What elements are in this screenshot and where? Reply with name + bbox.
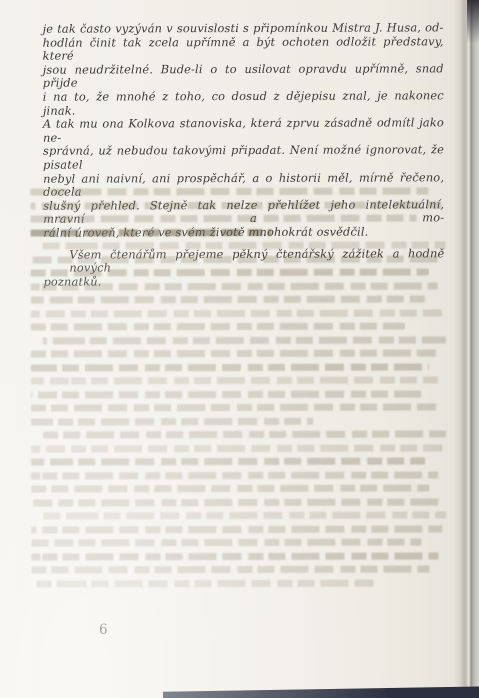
ghost-line xyxy=(31,444,442,452)
ghost-line xyxy=(31,552,438,560)
ghost-line xyxy=(31,282,438,290)
ghost-line xyxy=(31,349,442,357)
ghost-line xyxy=(31,498,442,506)
text-line: správná, už nebudou takovými připadat. N… xyxy=(43,144,444,173)
ghost-line xyxy=(31,417,313,425)
ghost-line xyxy=(31,539,421,547)
ghost-line xyxy=(31,363,429,371)
text-line: jsou neudržitelné. Bude-li o to usilovat… xyxy=(43,62,444,91)
ghost-line xyxy=(31,323,405,331)
ghost-line xyxy=(31,228,272,236)
ghost-line xyxy=(31,201,442,209)
text-line: i na to, že mnohé z toho, co dosud z děj… xyxy=(43,89,444,118)
ghost-line xyxy=(31,484,429,492)
cover-band-bottom xyxy=(163,684,479,698)
text-line: A tak mu ona Kolkova stanoviska, která z… xyxy=(43,116,444,145)
ghost-line xyxy=(31,565,429,573)
ghost-line xyxy=(43,241,446,249)
cover-corner-top-right xyxy=(467,0,479,46)
ghost-line xyxy=(44,511,447,519)
ghost-line xyxy=(31,390,421,398)
ghost-line xyxy=(31,269,429,277)
book-page-scan: je tak často vyzýván v souvislosti s při… xyxy=(0,0,479,698)
ghost-line xyxy=(31,525,442,533)
ghost-line xyxy=(31,255,442,263)
ghost-line xyxy=(30,188,428,196)
ghost-line xyxy=(43,336,446,344)
ghost-line xyxy=(31,296,425,304)
bleed-through-text xyxy=(30,187,446,593)
page-edge-shadow xyxy=(454,0,479,698)
ghost-line xyxy=(44,430,447,438)
page-number: 6 xyxy=(99,622,108,638)
ghost-line xyxy=(31,376,438,384)
ghost-line xyxy=(31,458,425,466)
ghost-line xyxy=(31,403,442,411)
text-line: hodlán činit tak zcela upřímně a být och… xyxy=(43,35,444,64)
ghost-line xyxy=(31,215,417,223)
ghost-line xyxy=(31,309,442,317)
ghost-line xyxy=(31,471,438,479)
ghost-line xyxy=(31,579,375,587)
